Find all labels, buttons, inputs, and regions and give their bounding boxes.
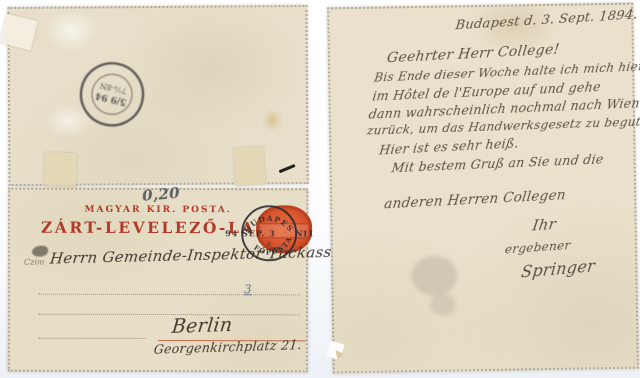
- address-city: Berlin: [171, 314, 234, 338]
- card-message-panel: Budapest d. 3. Sept. 1894. Geehrter Herr…: [327, 3, 639, 374]
- message-body-line-5: Hier ist es sehr heiß.: [378, 136, 519, 158]
- address-ruled-line-1: [38, 294, 300, 296]
- pencil-number: 3: [244, 282, 252, 296]
- message-dateline: Budapest d. 3. Sept. 1894.: [455, 8, 639, 34]
- address-ruled-line-2: [38, 314, 300, 316]
- signature-springer: Springer: [520, 256, 596, 282]
- arrival-postmark: · · · · · · · 5/9 94 7¼-8N: [64, 47, 160, 143]
- edge-notch-fold: [335, 349, 344, 361]
- tape-remnant-bottom-left: [44, 152, 77, 187]
- ink-smudge: [32, 246, 48, 257]
- budapest-postmark-date: 94 SEP. 3: [225, 228, 276, 238]
- message-salutation: Geehrter Herr College!: [386, 42, 560, 67]
- message-closing-ihr: Ihr: [531, 215, 557, 235]
- pencil-rate-marking: 0,20: [141, 184, 180, 205]
- address-ruled-line-3: [38, 338, 146, 339]
- tape-remnant-top-left: [0, 14, 38, 51]
- card-front-panel: 0,20 MAGYAR KIR. POSTA. ZÁRT-LEVELEZŐ-LA…: [8, 188, 308, 373]
- tape-remnant-bottom-right: [233, 147, 265, 187]
- message-closing-line: anderen Herren Collegen: [383, 187, 567, 212]
- budapest-postmark-time: N11: [295, 228, 313, 238]
- offset-smudge: [411, 255, 458, 296]
- card-back-panel: · · · · · · · 5/9 94 7¼-8N: [7, 5, 308, 186]
- pen-dash-mark: [279, 164, 296, 173]
- offset-smudge-small: [430, 293, 456, 315]
- czim-printed-label: Czim: [24, 258, 45, 267]
- letter-card-scan-photo: · · · · · · · 5/9 94 7¼-8N 0,20 MAGYAR K…: [0, 0, 640, 378]
- message-closing-ergebener: ergebener: [504, 238, 571, 257]
